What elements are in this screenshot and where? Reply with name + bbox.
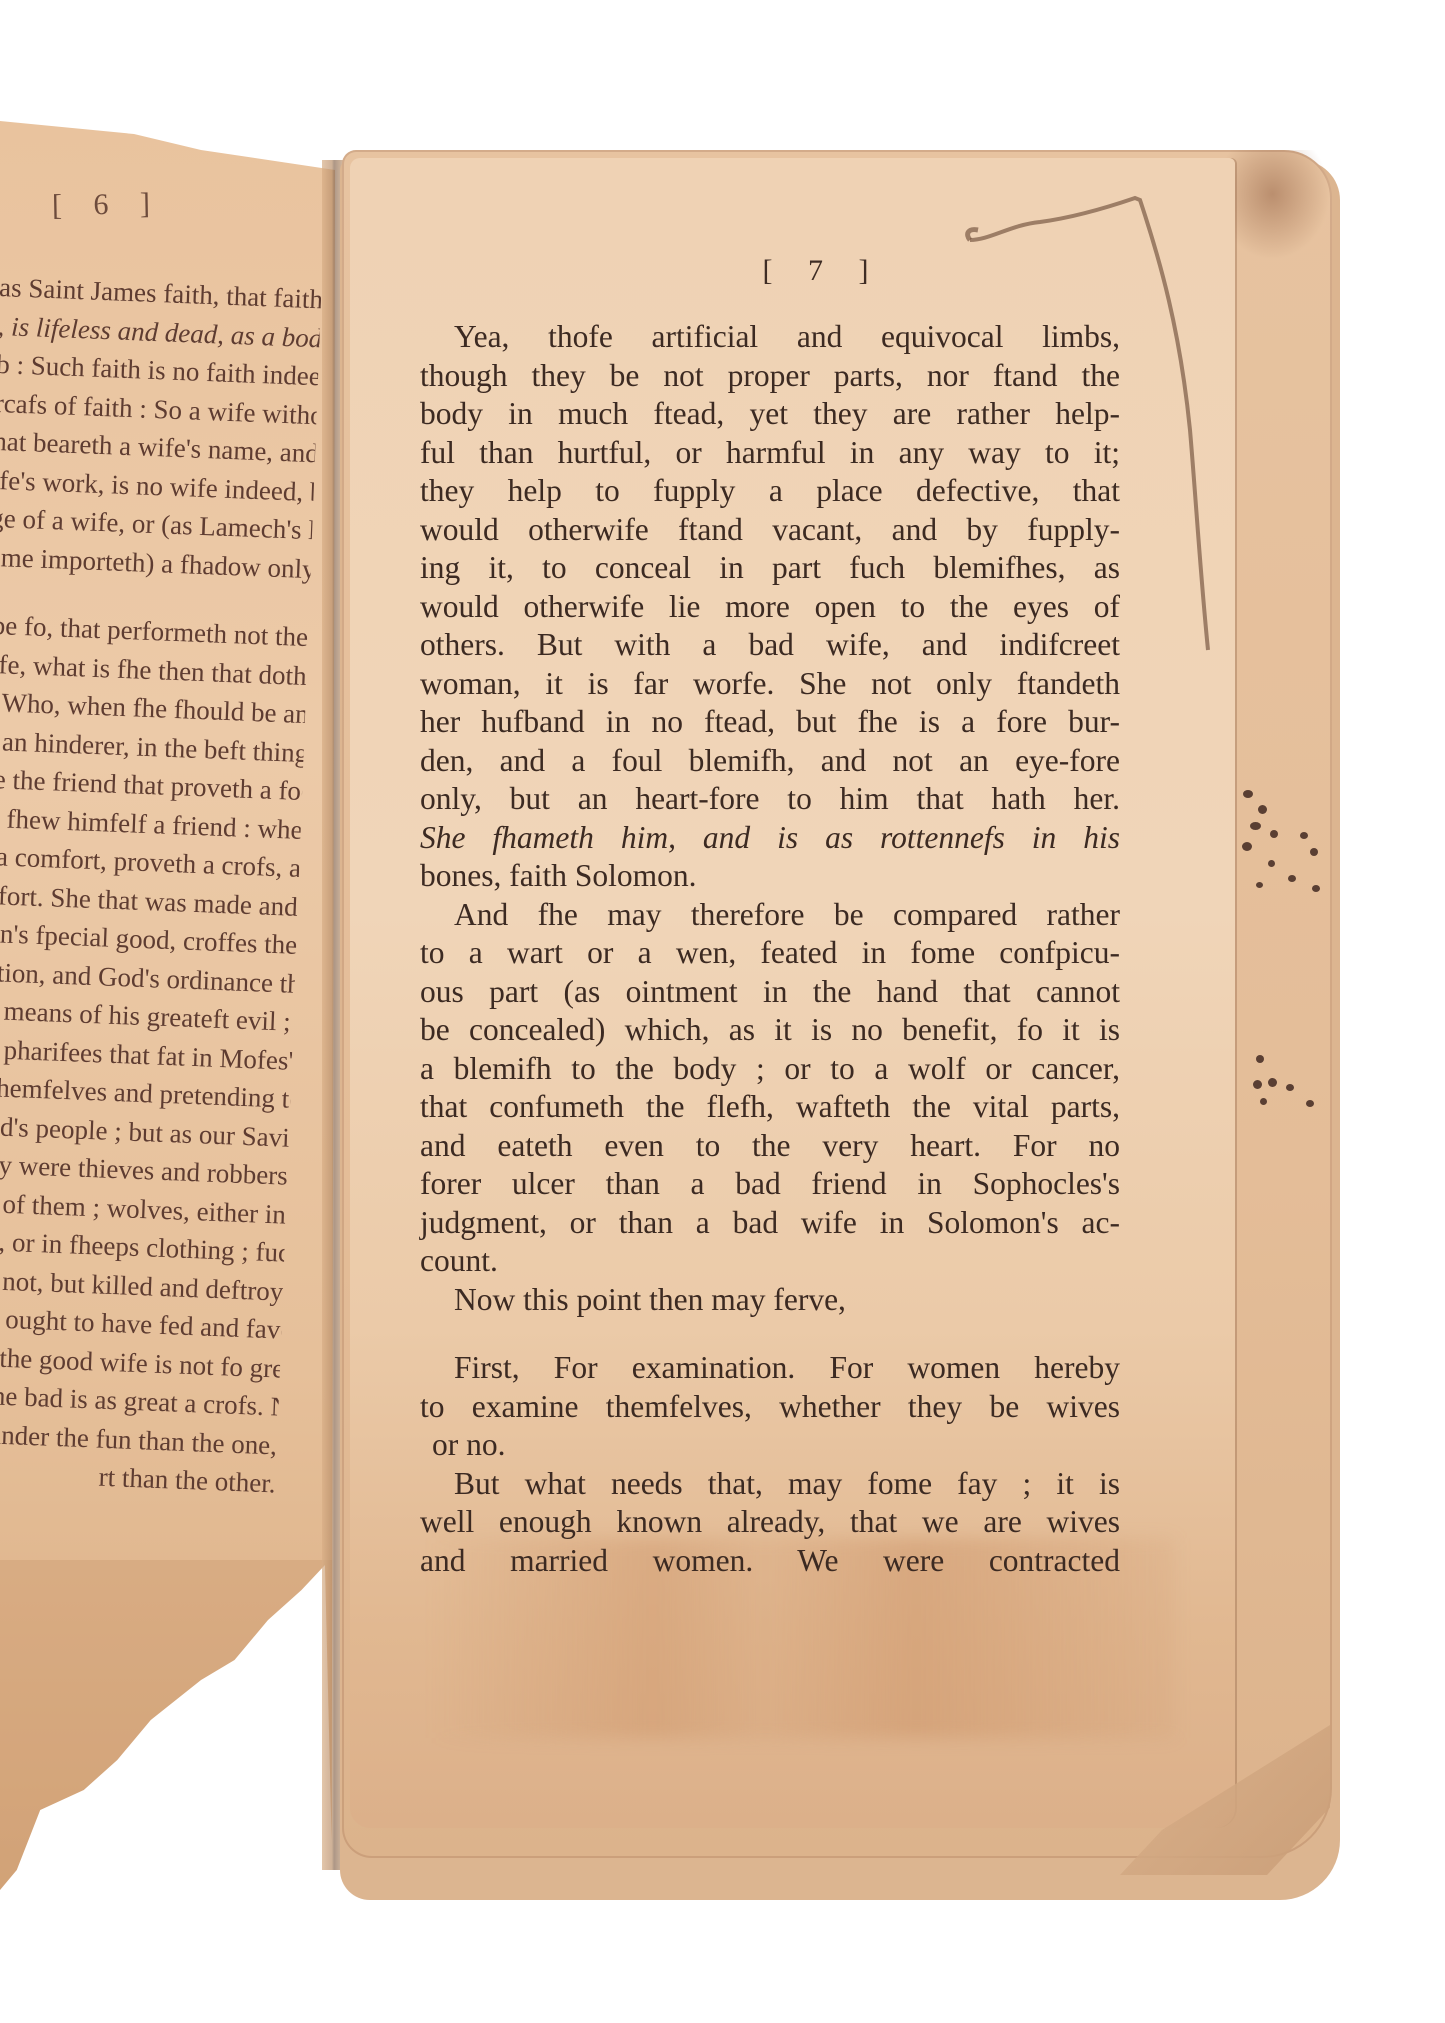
- foxing-spot: [1253, 1080, 1262, 1089]
- left-page: [ 6 ] as Saint James faith, that faith ,…: [0, 120, 335, 1900]
- text-line: to examine themfelves, whether they be w…: [420, 1388, 1120, 1427]
- right-page: [ 7 ] Yea, thofe artificial and equivoca…: [350, 158, 1235, 1828]
- text-line: den, and a foul blemifh, and not an eye-…: [420, 742, 1120, 781]
- foxing-spot: [1250, 822, 1261, 830]
- text-line: First, For examination. For women hereby: [420, 1349, 1120, 1388]
- foxing-spot: [1286, 1084, 1294, 1091]
- text-line: And fhe may therefore be compared rather: [420, 896, 1120, 935]
- text-line: well enough known already, that we are w…: [420, 1503, 1120, 1542]
- foxing-spot: [1243, 790, 1253, 798]
- text-line: her hufband in no ftead, but fhe is a fo…: [420, 703, 1120, 742]
- text-line: would otherwife ftand vacant, and by fup…: [420, 511, 1120, 550]
- text-line: woman, it is far worfe. She not only fta…: [420, 665, 1120, 704]
- text-line: though they be not proper parts, nor fta…: [420, 357, 1120, 396]
- paragraph-gap: [420, 1319, 1120, 1349]
- text-line: and married women. We were contracted: [420, 1542, 1120, 1581]
- foxing-spot: [1312, 885, 1320, 892]
- text-line: only, but an heart-fore to him that hath…: [420, 780, 1120, 819]
- text-line: ous part (as ointment in the hand that c…: [420, 973, 1120, 1012]
- text-line: count.: [420, 1242, 1120, 1281]
- foxing-spot: [1260, 1098, 1267, 1105]
- text-line-italic: She fhameth him, and is as rottennefs in…: [420, 819, 1120, 858]
- text-line: others. But with a bad wife, and indifcr…: [420, 626, 1120, 665]
- text-line: ing it, to conceal in part fuch blemifhe…: [420, 549, 1120, 588]
- foxing-spot: [1258, 805, 1267, 814]
- text-line: judgment, or than a bad wife in Solomon'…: [420, 1204, 1120, 1243]
- text-line: they help to fupply a place defective, t…: [420, 472, 1120, 511]
- text-line: and eateth even to the very heart. For n…: [420, 1127, 1120, 1166]
- text-line: would otherwife lie more open to the eye…: [420, 588, 1120, 627]
- foxing-spot: [1268, 1078, 1277, 1087]
- foxing-spot: [1242, 842, 1252, 851]
- page-number-right: [ 7 ]: [350, 254, 1235, 288]
- text-line: Yea, thofe artificial and equivocal limb…: [420, 318, 1120, 357]
- text-line: to a wart or a wen, feated in fome confp…: [420, 934, 1120, 973]
- foxing-spot: [1306, 1100, 1314, 1107]
- foxing-spot: [1270, 830, 1278, 838]
- page-number-left: [ 6 ]: [52, 187, 163, 223]
- text-line: ful than hurtful, or harmful in any way …: [420, 434, 1120, 473]
- text-line: body in much ftead, yet they are rather …: [420, 395, 1120, 434]
- text-line: or no.: [420, 1426, 1120, 1465]
- text-line: a blemifh to the body ; or to a wolf or …: [420, 1050, 1120, 1089]
- text-line: Now this point then may ferve,: [420, 1281, 1120, 1320]
- text-line: bones, faith Solomon.: [420, 857, 1120, 896]
- text-line: But what needs that, may fome fay ; it i…: [420, 1465, 1120, 1504]
- foxing-spot: [1256, 882, 1263, 888]
- foxing-spot: [1268, 860, 1275, 867]
- foxing-spot: [1300, 832, 1308, 839]
- foxing-spot: [1310, 848, 1318, 856]
- text-line: be concealed) which, as it is no benefit…: [420, 1011, 1120, 1050]
- text-line: that confumeth the flefh, wafteth the vi…: [420, 1088, 1120, 1127]
- foxing-spot: [1288, 875, 1296, 882]
- foxing-spot: [1256, 1055, 1264, 1063]
- right-page-text: Yea, thofe artificial and equivocal limb…: [420, 318, 1120, 1580]
- text-line: forer ulcer than a bad friend in Sophocl…: [420, 1165, 1120, 1204]
- italic-quote: She fhameth him, and is as rottennefs in…: [420, 820, 1120, 855]
- left-page-text: as Saint James faith, that faith , is li…: [0, 268, 322, 1503]
